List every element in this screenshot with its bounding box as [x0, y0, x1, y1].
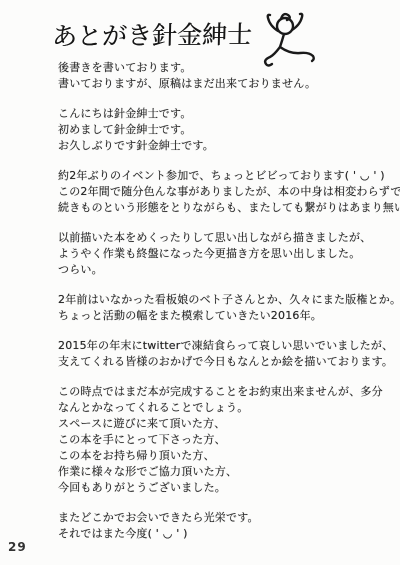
text-line: 2年前はいなかった看板娘のベト子さんとか、久々にまた版権とか。 — [58, 292, 384, 308]
text-line: ようやく作業も終盤になった今更描き方を思い出しました。 — [58, 246, 384, 262]
paragraph: 2015年の年末にtwitterで凍結食らって哀しい思いでいましたが、 支えてく… — [58, 338, 384, 370]
text-line: 支えてくれる皆様のおかげで今日もなんとか絵を描いております。 — [58, 354, 384, 370]
text-line: 以前描いた本をめくったりして思い出しながら描きましたが、 — [58, 230, 384, 246]
paragraph: 約2年ぶりのイベント参加で、ちょっとビビっております( ' ◡ ' ) この2年… — [58, 168, 384, 216]
paragraph: 以前描いた本をめくったりして思い出しながら描きましたが、 ようやく作業も終盤にな… — [58, 230, 384, 278]
dancing-stick-figure-icon — [251, 9, 323, 67]
text-line: またどこかでお会いできたら光栄です。 — [58, 510, 384, 526]
text-line: ちょっと活動の幅をまた模索していきたい2016年。 — [58, 308, 384, 324]
text-line: この時点ではまだ本が完成することをお約束出来ませんが、多分 — [58, 384, 384, 400]
text-line: お久しぶりです針金紳士です。 — [58, 138, 384, 154]
paragraph: またどこかでお会いできたら光栄です。 それではまた今度( ' ◡ ' ) — [58, 510, 384, 542]
paragraph: 2年前はいなかった看板娘のベト子さんとか、久々にまた版権とか。 ちょっと活動の幅… — [58, 292, 384, 324]
page-number: 29 — [8, 540, 27, 554]
paragraph: こんにちは針金紳士です。 初めまして針金紳士です。 お久しぶりです針金紳士です。 — [58, 106, 384, 154]
text-line: 2015年の年末にtwitterで凍結食らって哀しい思いでいましたが、 — [58, 338, 384, 354]
text-line: この2年間で随分色んな事がありましたが、本の中身は相変わらずです。 — [58, 184, 384, 200]
afterword-page: あとがき針金紳士 後書きを書いております。 書いておりますが、原稿はまだ出来てお… — [0, 0, 400, 565]
text-line: こんにちは針金紳士です。 — [58, 106, 384, 122]
text-line: なんとかなってくれることでしょう。 — [58, 400, 384, 416]
paragraph: この時点ではまだ本が完成することをお約束出来ませんが、多分 なんとかなってくれる… — [58, 384, 384, 496]
text-line: この本を手にとって下さった方、 — [58, 432, 384, 448]
page-title: あとがき針金紳士 — [52, 15, 253, 53]
text-line: 続きものという形態をとりながらも、またしても繋がりはあまり無いです。 — [58, 200, 384, 216]
text-line: 後書きを書いております。 — [58, 60, 384, 76]
text-line: 約2年ぶりのイベント参加で、ちょっとビビっております( ' ◡ ' ) — [58, 168, 384, 184]
text-line: つらい。 — [58, 262, 384, 278]
text-line: 今回もありがとうございました。 — [58, 480, 384, 496]
text-line: 書いておりますが、原稿はまだ出来ておりません。 — [58, 76, 384, 92]
text-line: 作業に様々な形でご協力頂いた方、 — [58, 464, 384, 480]
afterword-text: 後書きを書いております。 書いておりますが、原稿はまだ出来ておりません。 こんに… — [58, 60, 384, 542]
text-line: スペースに遊びに来て頂いた方、 — [58, 416, 384, 432]
text-line: 初めまして針金紳士です。 — [58, 122, 384, 138]
paragraph: 後書きを書いております。 書いておりますが、原稿はまだ出来ておりません。 — [58, 60, 384, 92]
text-line: それではまた今度( ' ◡ ' ) — [58, 526, 384, 542]
text-line: この本をお持ち帰り頂いた方、 — [58, 448, 384, 464]
